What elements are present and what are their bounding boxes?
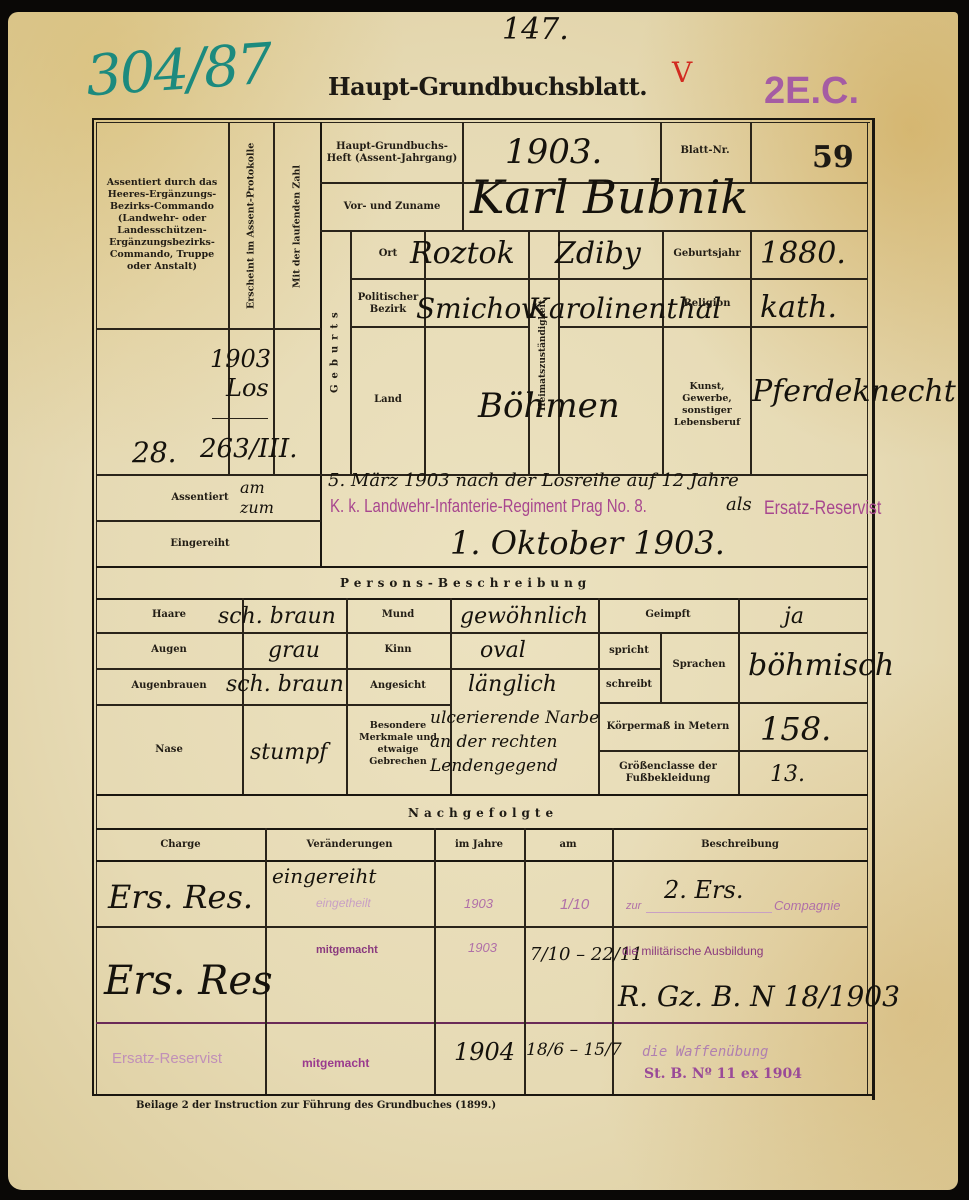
row1-am: 1/10 <box>560 896 589 913</box>
assent-number: 28. <box>132 436 177 469</box>
heft-label: Haupt-Grundbuchs-Heft (Assent-Jahrgang) <box>324 126 460 180</box>
personal-description-title: Persons-Beschreibung <box>340 576 591 590</box>
koerpermass-label: Körpermaß in Metern <box>600 708 736 746</box>
koerpermass-value: 158. <box>760 710 831 748</box>
geburtsjahr-label: Geburtsjahr <box>664 234 750 274</box>
row2-charge: Ers. Res <box>104 958 273 1004</box>
geburtsjahr-value: 1880. <box>760 236 846 271</box>
assent-protocol: 263/III. <box>200 434 297 464</box>
groessenclasse-value: 13. <box>770 762 805 787</box>
augenbrauen-label: Augenbrauen <box>98 670 240 702</box>
top-number-annotation: 147. <box>502 12 569 47</box>
row2-veraenderung-stamp: mitgemacht <box>316 944 378 956</box>
angesicht-value: länglich <box>468 672 557 697</box>
augen-label: Augen <box>98 634 240 666</box>
ort-birth-value: Roztok <box>410 236 515 271</box>
ort-heimat-value: Zdiby <box>555 236 641 271</box>
stamp-code: 2E.C. <box>764 70 859 113</box>
column-am: am <box>526 832 610 858</box>
eingereiht-label: Eingereiht <box>160 530 240 558</box>
als-annotation: als <box>726 494 752 515</box>
row2-beschreibung-hand: R. Gz. B. N 18/1903 <box>618 980 900 1013</box>
blatt-value: 59 <box>812 140 854 175</box>
mund-label: Mund <box>348 600 448 630</box>
erscheint-label: Erscheint im Assent-Protokolle <box>230 126 272 326</box>
kinn-value: oval <box>480 638 526 663</box>
row2-jahr: 1903 <box>468 940 497 955</box>
row3-beschreibung-stamp: die Waffenübung <box>642 1044 768 1060</box>
column-veraenderungen: Veränderungen <box>267 832 432 858</box>
nachgefolgte-title: Nachgefolgte <box>408 806 558 820</box>
mund-value: gewöhnlich <box>460 604 588 629</box>
kinn-label: Kinn <box>348 634 448 666</box>
row3-beschreibung-ref: St. B. Nº 11 ex 1904 <box>644 1066 802 1082</box>
land-value: Böhmen <box>478 386 620 426</box>
row3-am: 18/6 – 15/7 <box>526 1040 622 1060</box>
eingereiht-value: 1. Oktober 1903. <box>450 524 725 562</box>
bezirk-birth-value: Smichov <box>416 292 537 325</box>
haare-value: sch. braun <box>218 604 336 629</box>
assentiert-label: Assentiert <box>160 484 240 512</box>
row1-veraenderung-hand: eingereiht <box>272 864 376 888</box>
name-value: Karl Bubnik <box>470 170 748 224</box>
laufende-zahl-label: Mit der laufenden Zahl <box>275 126 319 326</box>
footer-note: Beilage 2 der Instruction zur Führung de… <box>136 1100 496 1111</box>
column-charge: Charge <box>98 832 263 858</box>
beruf-value: Pferdeknecht <box>752 374 956 409</box>
role-stamp: Ersatz-Reservist <box>764 498 881 520</box>
page-title: Haupt-Grundbuchsblatt. <box>328 72 647 101</box>
nase-value: stumpf <box>250 740 327 765</box>
nase-label: Nase <box>98 730 240 770</box>
file-number-annotation: 304/87 <box>84 32 273 110</box>
column-im-jahre: im Jahre <box>436 832 522 858</box>
geburts-section-label: Geburts <box>322 240 348 460</box>
geimpft-value: ja <box>784 604 804 629</box>
religion-label: Religion <box>664 284 750 324</box>
schreibt-label: schreibt <box>600 670 658 700</box>
sprachen-label: Sprachen <box>662 650 736 680</box>
assentiert-durch-label: Assentiert durch das Heeres-Ergänzungs-B… <box>98 160 226 290</box>
beruf-label: Kunst, Gewerbe, sonstiger Lebensberuf <box>664 370 750 440</box>
regiment-stamp: K. k. Landwehr-Infanterie-Regiment Prag … <box>330 496 647 516</box>
geimpft-label: Geimpft <box>600 600 736 630</box>
row3-veraenderung-stamp: mitgemacht <box>302 1056 369 1070</box>
assent-year: 1903 <box>210 345 271 373</box>
augenbrauen-value: sch. braun <box>226 672 344 697</box>
spricht-label: spricht <box>600 636 658 666</box>
religion-value: kath. <box>760 290 837 325</box>
row1-beschreibung-hand: 2. Ers. <box>664 876 743 904</box>
name-label: Vor- und Zuname <box>324 186 460 228</box>
row1-beschreibung-prefix: zur <box>626 900 641 912</box>
bezirk-label: Politischer Bezirk <box>352 284 424 324</box>
angesicht-label: Angesicht <box>348 670 448 702</box>
besondere-merkmale-value: ulcerierende Narbe an der rechten Lenden… <box>430 706 620 778</box>
sprachen-value: böhmisch <box>748 648 894 683</box>
augen-value: grau <box>268 638 320 663</box>
check-mark-annotation: V <box>672 56 692 89</box>
row1-charge: Ers. Res. <box>108 878 253 916</box>
row3-charge: Ersatz-Reservist <box>112 1050 222 1067</box>
row2-beschreibung-stamp: die militärische Ausbildung <box>622 944 763 958</box>
blatt-label: Blatt-Nr. <box>662 126 748 176</box>
heft-value: 1903. <box>505 132 602 172</box>
groessenclasse-label: Größenclasse der Fußbekleidung <box>600 754 736 792</box>
row1-jahr: 1903 <box>464 896 493 911</box>
column-beschreibung: Beschreibung <box>614 832 866 858</box>
row1-veraenderung-stamp: eingetheilt <box>316 896 371 910</box>
assent-los: Los <box>226 374 269 402</box>
assentiert-handwritten-line: 5. März 1903 nach der Losreihe auf 12 Ja… <box>328 470 739 491</box>
am-zum-annotation: am zum <box>240 478 300 518</box>
land-label: Land <box>352 380 424 420</box>
row3-jahr: 1904 <box>454 1038 515 1066</box>
row1-beschreibung-suffix: Compagnie <box>774 898 841 913</box>
